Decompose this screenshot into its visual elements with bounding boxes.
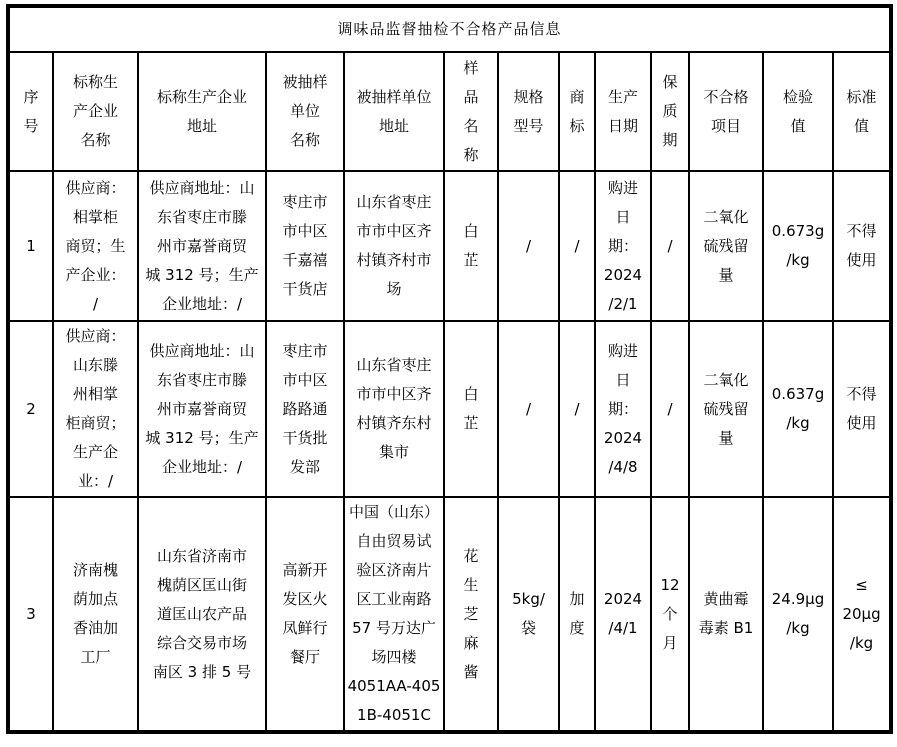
col-header-standard-value: 标准 值 <box>833 52 891 171</box>
cell-shelf-life: 12 个 月 <box>651 497 689 732</box>
cell-trademark: / <box>559 171 595 321</box>
col-header-spec-model: 规格 型号 <box>498 52 559 171</box>
col-header-sampled-unit-address: 被抽样单位 地址 <box>344 52 444 171</box>
col-header-production-date: 生产 日期 <box>595 52 651 171</box>
cell-standard-value: ≤ 20μg /kg <box>833 497 891 732</box>
cell-trademark: 加 度 <box>559 497 595 732</box>
cell-sample-name: 花 生 芝 麻 酱 <box>444 497 498 732</box>
title-row: 调味品监督抽检不合格产品信息 <box>8 6 891 52</box>
cell-test-value: 0.673g /kg <box>763 171 833 321</box>
cell-production-date: 购进 日 期： 2024 /4/8 <box>595 321 651 497</box>
col-header-shelf-life: 保 质 期 <box>651 52 689 171</box>
cell-sampled-unit-name: 枣庄市 市中区 路路通 干货批 发部 <box>266 321 344 497</box>
cell-producer-name: 济南槐 荫加点 香油加 工厂 <box>53 497 138 732</box>
cell-sampled-unit-name: 枣庄市 市中区 千嘉禧 干货店 <box>266 171 344 321</box>
cell-spec-model: 5kg/ 袋 <box>498 497 559 732</box>
cell-sampled-unit-address: 中国（山东） 自由贸易试 验区济南片 区工业南路 57 号万达广 场四楼 405… <box>344 497 444 732</box>
cell-test-value: 24.9μg /kg <box>763 497 833 732</box>
cell-spec-model: / <box>498 171 559 321</box>
cell-standard-value: 不得 使用 <box>833 321 891 497</box>
inspection-table: 调味品监督抽检不合格产品信息 序 号 标称生 产企业 名称 标称生产企业 地址 … <box>6 4 893 734</box>
table-row: 1 供应商： 相掌柜 商贸；生 产企业： / 供应商地址：山 东省枣庄市滕 州市… <box>8 171 891 321</box>
cell-test-value: 0.637g /kg <box>763 321 833 497</box>
table-row: 2 供应商： 山东滕 州相掌 柜商贸； 生产企 业：/ 供应商地址：山 东省枣庄… <box>8 321 891 497</box>
cell-producer-name: 供应商： 相掌柜 商贸；生 产企业： / <box>53 171 138 321</box>
cell-sample-name: 白 芷 <box>444 321 498 497</box>
col-header-test-value: 检验 值 <box>763 52 833 171</box>
cell-sampled-unit-address: 山东省枣庄 市市中区齐 村镇齐村市 场 <box>344 171 444 321</box>
cell-shelf-life: / <box>651 171 689 321</box>
cell-production-date: 购进 日 期： 2024 /2/1 <box>595 171 651 321</box>
cell-producer-address: 供应商地址：山 东省枣庄市滕 州市嘉誉商贸 城 312 号；生产 企业地址：/ <box>138 321 266 497</box>
cell-spec-model: / <box>498 321 559 497</box>
table-title: 调味品监督抽检不合格产品信息 <box>8 6 891 52</box>
header-row: 序 号 标称生 产企业 名称 标称生产企业 地址 被抽样 单位 名称 被抽样单位… <box>8 52 891 171</box>
cell-serial: 3 <box>8 497 53 732</box>
col-header-producer-name: 标称生 产企业 名称 <box>53 52 138 171</box>
cell-failed-item: 黄曲霉 毒素 B1 <box>689 497 763 732</box>
cell-serial: 2 <box>8 321 53 497</box>
cell-producer-address: 供应商地址：山 东省枣庄市滕 州市嘉誉商贸 城 312 号；生产 企业地址：/ <box>138 171 266 321</box>
cell-producer-address: 山东省济南市 槐荫区匡山街 道匡山农产品 综合交易市场 南区 3 排 5 号 <box>138 497 266 732</box>
cell-sampled-unit-name: 高新开 发区火 凤鲜行 餐厅 <box>266 497 344 732</box>
col-header-sample-name: 样 品 名 称 <box>444 52 498 171</box>
col-header-serial: 序 号 <box>8 52 53 171</box>
col-header-producer-address: 标称生产企业 地址 <box>138 52 266 171</box>
cell-production-date: 2024 /4/1 <box>595 497 651 732</box>
page: 调味品监督抽检不合格产品信息 序 号 标称生 产企业 名称 标称生产企业 地址 … <box>0 0 897 734</box>
table-row: 3 济南槐 荫加点 香油加 工厂 山东省济南市 槐荫区匡山街 道匡山农产品 综合… <box>8 497 891 732</box>
cell-trademark: / <box>559 321 595 497</box>
col-header-sampled-unit-name: 被抽样 单位 名称 <box>266 52 344 171</box>
cell-shelf-life: / <box>651 321 689 497</box>
cell-producer-name: 供应商： 山东滕 州相掌 柜商贸； 生产企 业：/ <box>53 321 138 497</box>
col-header-trademark: 商 标 <box>559 52 595 171</box>
cell-failed-item: 二氧化 硫残留 量 <box>689 321 763 497</box>
col-header-failed-item: 不合格 项目 <box>689 52 763 171</box>
cell-sampled-unit-address: 山东省枣庄 市市中区齐 村镇齐东村 集市 <box>344 321 444 497</box>
cell-sample-name: 白 芷 <box>444 171 498 321</box>
cell-serial: 1 <box>8 171 53 321</box>
cell-failed-item: 二氧化 硫残留 量 <box>689 171 763 321</box>
cell-standard-value: 不得 使用 <box>833 171 891 321</box>
